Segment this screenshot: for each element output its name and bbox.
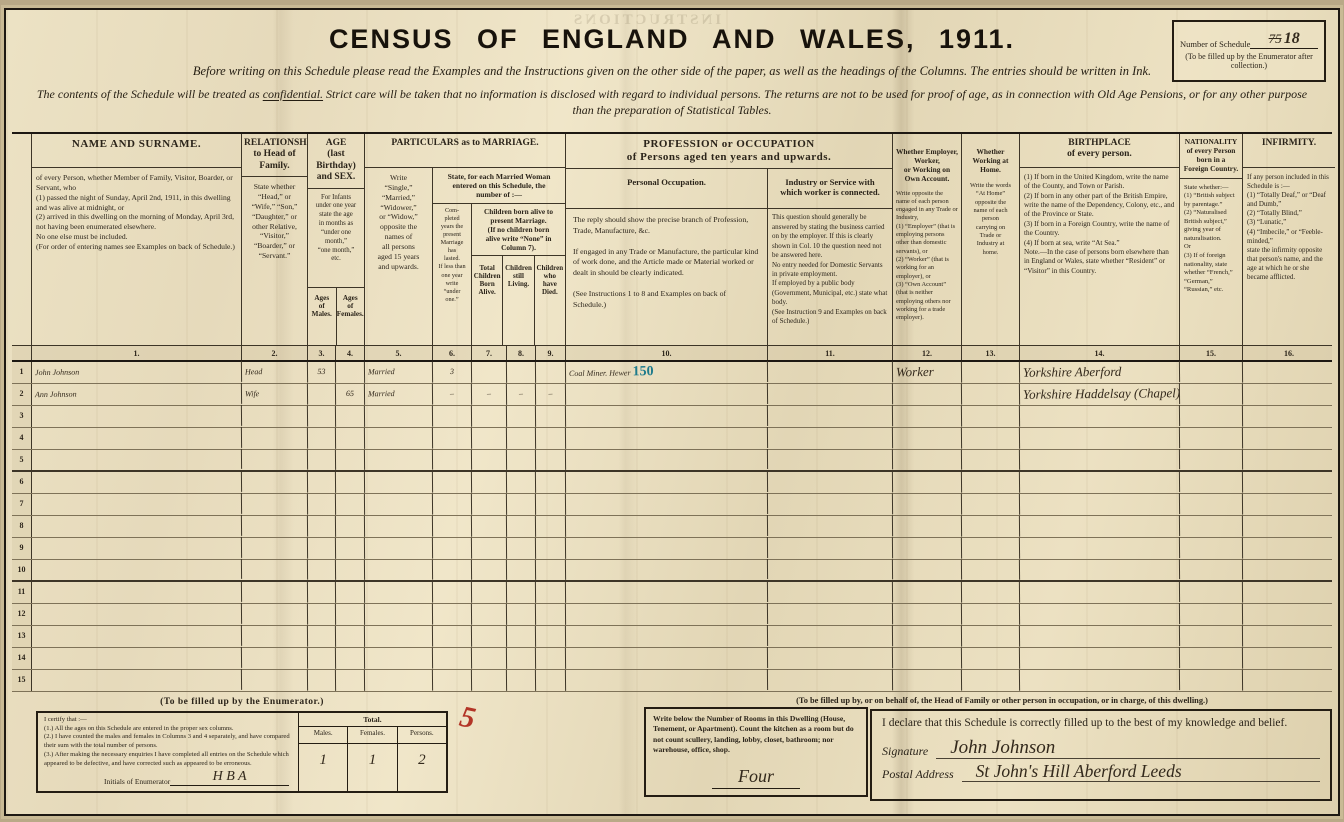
table-row: 8 (12, 516, 1332, 538)
cell-occupation (566, 471, 768, 494)
table-row: 1 John Johnson Head 53 Married 3 Coal Mi… (12, 362, 1332, 384)
column-header-employment-status: Whether Employer, Worker, or Working on … (893, 134, 962, 345)
census-table: NAME AND SURNAME. of every Person, wheth… (12, 132, 1332, 692)
table-row: 11 (12, 582, 1332, 604)
table-row: 6 (12, 472, 1332, 494)
cell-working-at-home (962, 560, 1020, 581)
cell-occupation (566, 647, 768, 670)
cell-relationship (242, 582, 308, 604)
cell-industry (768, 449, 893, 470)
cell-row-number: 15 (12, 670, 32, 691)
cell-age-females (336, 626, 365, 647)
cell-occupation (566, 603, 768, 626)
cell-years-married (433, 626, 472, 647)
table-header: NAME AND SURNAME. of every Person, wheth… (12, 134, 1332, 346)
column-header-personal-occupation: Personal Occupation. The reply should sh… (566, 169, 768, 345)
column-header-children-died: Children who have Died. (535, 256, 565, 345)
cell-name (32, 603, 242, 626)
cell-marital-status (365, 626, 433, 648)
cell-nationality (1180, 450, 1243, 471)
table-row: 15 (12, 670, 1332, 692)
signature-value: John Johnson (936, 738, 1320, 759)
cell-relationship (242, 472, 308, 494)
cell-age-males (308, 428, 336, 449)
cell-nationality (1180, 648, 1243, 670)
cell-occupation (566, 581, 768, 604)
cell-working-at-home (962, 472, 1020, 494)
cell-years-married (433, 494, 472, 515)
cell-occupation (566, 515, 768, 538)
cell-children-living (507, 428, 536, 449)
cell-infirmity (1243, 472, 1335, 494)
table-row: 9 (12, 538, 1332, 560)
cell-children-living (507, 362, 536, 383)
cell-age-females (336, 670, 365, 691)
persons-label: Persons. (398, 727, 446, 743)
cell-years-married (433, 604, 472, 625)
cell-marital-status (365, 604, 433, 626)
cell-children-living (507, 670, 536, 691)
table-row: 10 (12, 560, 1332, 582)
column-header-ages-males: Ages of Males. (308, 288, 337, 345)
rooms-instruction: Write below the Number of Rooms in this … (653, 714, 859, 755)
cell-birthplace (1020, 625, 1180, 648)
cell-row-number: 10 (12, 560, 32, 580)
cell-age-males (308, 648, 336, 669)
cell-occupation (566, 493, 768, 516)
cell-children-died (536, 428, 566, 449)
cell-age-females (336, 560, 365, 580)
males-total: 1 (299, 744, 348, 791)
cell-age-females (336, 406, 365, 427)
cell-children-born (472, 670, 507, 691)
cell-occupation (566, 405, 768, 428)
cell-employment-status (893, 582, 962, 604)
cell-children-died (536, 648, 566, 669)
cell-children-living (507, 406, 536, 427)
cell-employment-status (893, 516, 962, 538)
cell-relationship (242, 450, 308, 471)
cell-children-living (507, 472, 536, 493)
cell-industry (768, 493, 893, 515)
cell-occupation (566, 669, 768, 692)
cell-marital-status (365, 648, 433, 670)
cell-working-at-home (962, 626, 1020, 648)
cell-name (32, 647, 242, 670)
cell-age-females (336, 450, 365, 470)
cell-infirmity (1243, 604, 1335, 626)
cell-relationship (242, 648, 308, 670)
cell-age-males (308, 670, 336, 691)
cell-working-at-home (962, 406, 1020, 428)
cell-occupation (566, 427, 768, 450)
cell-row-number: 12 (12, 604, 32, 625)
confidential-note: The contents of the Schedule will be tre… (6, 87, 1338, 118)
cell-birthplace (1020, 603, 1180, 626)
cell-age-females (336, 516, 365, 537)
cell-age-males (308, 450, 336, 470)
cell-industry (768, 625, 893, 647)
cell-birthplace (1020, 559, 1180, 581)
table-row: 13 (12, 626, 1332, 648)
declaration-box: I declare that this Schedule is correctl… (870, 709, 1332, 801)
schedule-number-note: (To be filled up by the Enumerator after… (1180, 52, 1318, 70)
cell-children-born (472, 450, 507, 470)
cell-age-females (336, 604, 365, 625)
cell-industry (768, 581, 893, 603)
cell-relationship: Head (242, 362, 308, 384)
cell-working-at-home (962, 362, 1020, 384)
cell-age-males (308, 494, 336, 515)
cell-marital-status (365, 428, 433, 450)
table-row: 2 Ann Johnson Wife 65 Married – – – – Yo… (12, 384, 1332, 406)
cell-infirmity (1243, 582, 1335, 604)
cell-birthplace (1020, 427, 1180, 450)
cell-birthplace (1020, 471, 1180, 494)
cell-industry (768, 361, 893, 383)
declaration-heading: (To be filled up by, or on behalf of, th… (672, 696, 1332, 705)
footer: (To be filled up by the Enumerator.) I c… (12, 695, 1332, 817)
cell-marital-status: Married (365, 362, 433, 384)
table-body: 1 John Johnson Head 53 Married 3 Coal Mi… (12, 362, 1332, 692)
cell-years-married (433, 582, 472, 603)
cell-industry (768, 559, 893, 580)
cell-working-at-home (962, 604, 1020, 626)
cell-name (32, 581, 242, 604)
table-row: 4 (12, 428, 1332, 450)
enumerator-heading: (To be filled up by the Enumerator.) (42, 697, 442, 707)
column-header-infirmity: INFIRMITY. If any person included in thi… (1243, 134, 1335, 345)
cell-nationality (1180, 560, 1243, 581)
cell-employment-status (893, 604, 962, 626)
column-header-marriage: PARTICULARS as to MARRIAGE. Write “Singl… (365, 134, 566, 345)
cell-employment-status: Worker (893, 362, 962, 384)
cell-children-living (507, 538, 536, 559)
cell-age-males (308, 538, 336, 559)
cell-name (32, 493, 242, 516)
cell-years-married (433, 648, 472, 669)
table-row: 14 (12, 648, 1332, 670)
initials-value: H B A (170, 769, 289, 786)
cell-children-died (536, 670, 566, 691)
cell-employment-status (893, 538, 962, 560)
cell-birthplace: Yorkshire Haddelsay (Chapel) (1020, 383, 1180, 406)
cell-relationship (242, 516, 308, 538)
cell-years-married (433, 472, 472, 493)
cell-children-born (472, 538, 507, 559)
cell-name (32, 559, 242, 581)
cell-marital-status (365, 472, 433, 494)
schedule-number-label: Number of Schedule (1180, 39, 1250, 49)
cell-nationality (1180, 406, 1243, 428)
cell-relationship (242, 538, 308, 560)
cell-marital-status (365, 450, 433, 471)
cell-years-married: – (433, 384, 472, 405)
signature-label: Signature (882, 744, 936, 759)
column-header-industry: Industry or Service with which worker is… (768, 169, 892, 345)
cell-name: Ann Johnson (32, 383, 242, 406)
cell-occupation: Coal Miner. Hewer 150 (566, 361, 768, 384)
cell-row-number: 5 (12, 450, 32, 470)
cell-age-females (336, 472, 365, 493)
column-header-working-at-home: Whether Working at Home. Write the words… (962, 134, 1020, 345)
cell-industry (768, 471, 893, 493)
cell-employment-status (893, 406, 962, 428)
cell-children-died (536, 362, 566, 383)
cell-relationship (242, 428, 308, 450)
cell-infirmity (1243, 362, 1335, 384)
cell-birthplace (1020, 669, 1180, 692)
cell-working-at-home (962, 494, 1020, 516)
cell-children-born (472, 494, 507, 515)
schedule-number-box: Number of Schedule 75 18 (To be filled u… (1172, 20, 1326, 82)
column-header-name: NAME AND SURNAME. of every Person, wheth… (32, 134, 242, 345)
cell-name (32, 537, 242, 560)
cell-infirmity (1243, 560, 1335, 581)
cell-working-at-home (962, 582, 1020, 604)
column-header-years-married: Com- pleted years the present Marriage h… (433, 204, 472, 345)
cell-row-number: 1 (12, 362, 32, 383)
cell-years-married (433, 406, 472, 427)
column-header-nationality: NATIONALITY of every Person born in a Fo… (1180, 134, 1243, 345)
occupation-code: 150 (632, 364, 653, 379)
cell-working-at-home (962, 428, 1020, 450)
declaration-text: I declare that this Schedule is correctl… (882, 717, 1320, 729)
children-born-note: Children born alive to present Marriage.… (472, 204, 565, 256)
cell-children-died (536, 494, 566, 515)
cell-employment-status (893, 384, 962, 406)
cell-children-living (507, 648, 536, 669)
cell-age-males (308, 384, 336, 405)
cell-name (32, 471, 242, 494)
cell-row-number: 3 (12, 406, 32, 427)
cell-marital-status: Married (365, 384, 433, 406)
cell-infirmity (1243, 384, 1335, 406)
cell-age-males (308, 472, 336, 493)
cell-children-born: – (472, 384, 507, 405)
cell-working-at-home (962, 538, 1020, 560)
females-label: Females. (348, 727, 397, 743)
cell-infirmity (1243, 406, 1335, 428)
cell-age-females (336, 648, 365, 669)
cell-working-at-home (962, 648, 1020, 670)
cell-occupation (566, 537, 768, 560)
cell-row-number: 11 (12, 582, 32, 603)
cell-infirmity (1243, 450, 1335, 471)
cell-age-females: 65 (336, 384, 365, 405)
cell-children-born (472, 626, 507, 647)
cell-occupation (566, 559, 768, 581)
cell-children-born (472, 406, 507, 427)
cell-children-died (536, 582, 566, 603)
cell-working-at-home (962, 384, 1020, 406)
cell-industry (768, 515, 893, 537)
cell-industry (768, 405, 893, 427)
rooms-box: Write below the Number of Rooms in this … (644, 707, 868, 797)
cell-children-died (536, 406, 566, 427)
cell-children-died (536, 560, 566, 580)
column-header-marital-status: Write “Single,” “Married,” “Widower,” or… (365, 168, 433, 345)
rooms-value: Four (712, 766, 800, 789)
cell-age-females (336, 582, 365, 603)
cell-infirmity (1243, 516, 1335, 538)
schedule-number-old: 75 (1269, 31, 1282, 46)
column-numbers-row: 1. 2. 3. 4. 5. 6. 7. 8. 9. 10. 11. 12. 1… (12, 346, 1332, 362)
table-row: 5 (12, 450, 1332, 472)
cell-age-males (308, 604, 336, 625)
cell-age-males (308, 516, 336, 537)
cell-marital-status (365, 406, 433, 428)
table-row: 7 (12, 494, 1332, 516)
instruction-line: Before writing on this Schedule please r… (6, 64, 1338, 79)
cell-nationality (1180, 428, 1243, 450)
cell-name: John Johnson (32, 361, 242, 384)
cell-birthplace (1020, 537, 1180, 560)
totals-table: Total. Males. Females. Persons. 1 1 2 (298, 713, 446, 791)
cell-marital-status (365, 494, 433, 516)
females-total: 1 (348, 744, 397, 791)
cell-nationality (1180, 538, 1243, 560)
cell-industry (768, 427, 893, 449)
cell-name (32, 625, 242, 648)
cell-industry (768, 383, 893, 405)
cell-relationship (242, 670, 308, 692)
cell-children-living (507, 604, 536, 625)
cell-marital-status (365, 670, 433, 692)
cell-row-number: 14 (12, 648, 32, 669)
column-header-children-living: Children still Living. (503, 256, 534, 345)
cell-children-died (536, 516, 566, 537)
cell-children-died (536, 626, 566, 647)
column-header-ages-females: Ages of Females. (337, 288, 365, 345)
cell-years-married: 3 (433, 362, 472, 383)
cell-nationality (1180, 516, 1243, 538)
cell-age-males: 53 (308, 362, 336, 383)
column-header-children-born: Total Children Born Alive. (472, 256, 503, 345)
cell-marital-status (365, 560, 433, 581)
cell-marital-status (365, 538, 433, 560)
cell-age-males (308, 582, 336, 603)
cell-infirmity (1243, 670, 1335, 692)
cell-nationality (1180, 472, 1243, 494)
cell-row-number: 6 (12, 472, 32, 493)
cell-row-number: 9 (12, 538, 32, 559)
cell-age-males (308, 406, 336, 427)
initials-label: Initials of Enumerator (104, 777, 170, 786)
enumerator-certification: I certify that :— (1.) All the ages on t… (44, 716, 293, 768)
cell-employment-status (893, 648, 962, 670)
cell-nationality (1180, 582, 1243, 604)
cell-children-living (507, 582, 536, 603)
cell-infirmity (1243, 428, 1335, 450)
cell-age-females (336, 428, 365, 449)
cell-birthplace (1020, 405, 1180, 428)
cell-occupation (566, 625, 768, 648)
cell-name (32, 449, 242, 471)
cell-birthplace: Yorkshire Aberford (1020, 361, 1180, 384)
cell-name (32, 669, 242, 692)
cell-row-number: 2 (12, 384, 32, 405)
cell-children-living (507, 516, 536, 537)
cell-relationship (242, 406, 308, 428)
cell-nationality (1180, 384, 1243, 406)
cell-years-married (433, 560, 472, 580)
cell-marital-status (365, 582, 433, 604)
postal-address-value: St John's Hill Aberford Leeds (962, 761, 1320, 782)
cell-employment-status (893, 450, 962, 471)
cell-children-born (472, 582, 507, 603)
cell-nationality (1180, 604, 1243, 626)
column-header-birthplace: BIRTHPLACE of every person. (1) If born … (1020, 134, 1180, 345)
cell-age-males (308, 560, 336, 580)
cell-years-married (433, 516, 472, 537)
cell-infirmity (1243, 538, 1335, 560)
cell-working-at-home (962, 670, 1020, 692)
cell-years-married (433, 428, 472, 449)
married-woman-note: State, for each Married Woman entered on… (433, 168, 565, 204)
cell-relationship (242, 604, 308, 626)
cell-employment-status (893, 560, 962, 581)
enumerator-box: I certify that :— (1.) All the ages on t… (36, 711, 448, 793)
males-label: Males. (299, 727, 348, 743)
cell-employment-status (893, 472, 962, 494)
cell-children-living (507, 626, 536, 647)
cell-birthplace (1020, 581, 1180, 604)
cell-children-living: – (507, 384, 536, 405)
cell-children-born (472, 516, 507, 537)
schedule-number-value: 18 (1284, 30, 1300, 47)
cell-age-females (336, 362, 365, 383)
cell-children-living (507, 560, 536, 580)
cell-nationality (1180, 670, 1243, 692)
red-check-mark: 5 (457, 700, 479, 736)
cell-infirmity (1243, 626, 1335, 648)
cell-children-born (472, 560, 507, 580)
cell-children-living (507, 494, 536, 515)
cell-employment-status (893, 626, 962, 648)
ink-bleedthrough: INSTRUCTIONS (366, 12, 926, 29)
cell-working-at-home (962, 516, 1020, 538)
cell-nationality (1180, 362, 1243, 384)
cell-birthplace (1020, 515, 1180, 538)
cell-years-married (433, 670, 472, 691)
cell-working-at-home (962, 450, 1020, 471)
cell-children-born (472, 472, 507, 493)
cell-children-died (536, 604, 566, 625)
cell-children-died: – (536, 384, 566, 405)
cell-industry (768, 603, 893, 625)
cell-infirmity (1243, 648, 1335, 670)
cell-infirmity (1243, 494, 1335, 516)
cell-row-number: 7 (12, 494, 32, 515)
cell-birthplace (1020, 647, 1180, 670)
cell-age-females (336, 538, 365, 559)
cell-industry (768, 669, 893, 691)
cell-marital-status (365, 516, 433, 538)
cell-industry (768, 647, 893, 669)
cell-children-born (472, 428, 507, 449)
cell-employment-status (893, 428, 962, 450)
column-header-profession: PROFESSION or OCCUPATION of Persons aged… (566, 134, 893, 345)
cell-relationship (242, 494, 308, 516)
cell-nationality (1180, 626, 1243, 648)
cell-name (32, 405, 242, 428)
cell-relationship (242, 626, 308, 648)
cell-occupation (566, 449, 768, 471)
cell-row-number: 8 (12, 516, 32, 537)
table-row: 12 (12, 604, 1332, 626)
column-header-relationship: RELATIONSHIP to Head of Family. State wh… (242, 134, 308, 345)
